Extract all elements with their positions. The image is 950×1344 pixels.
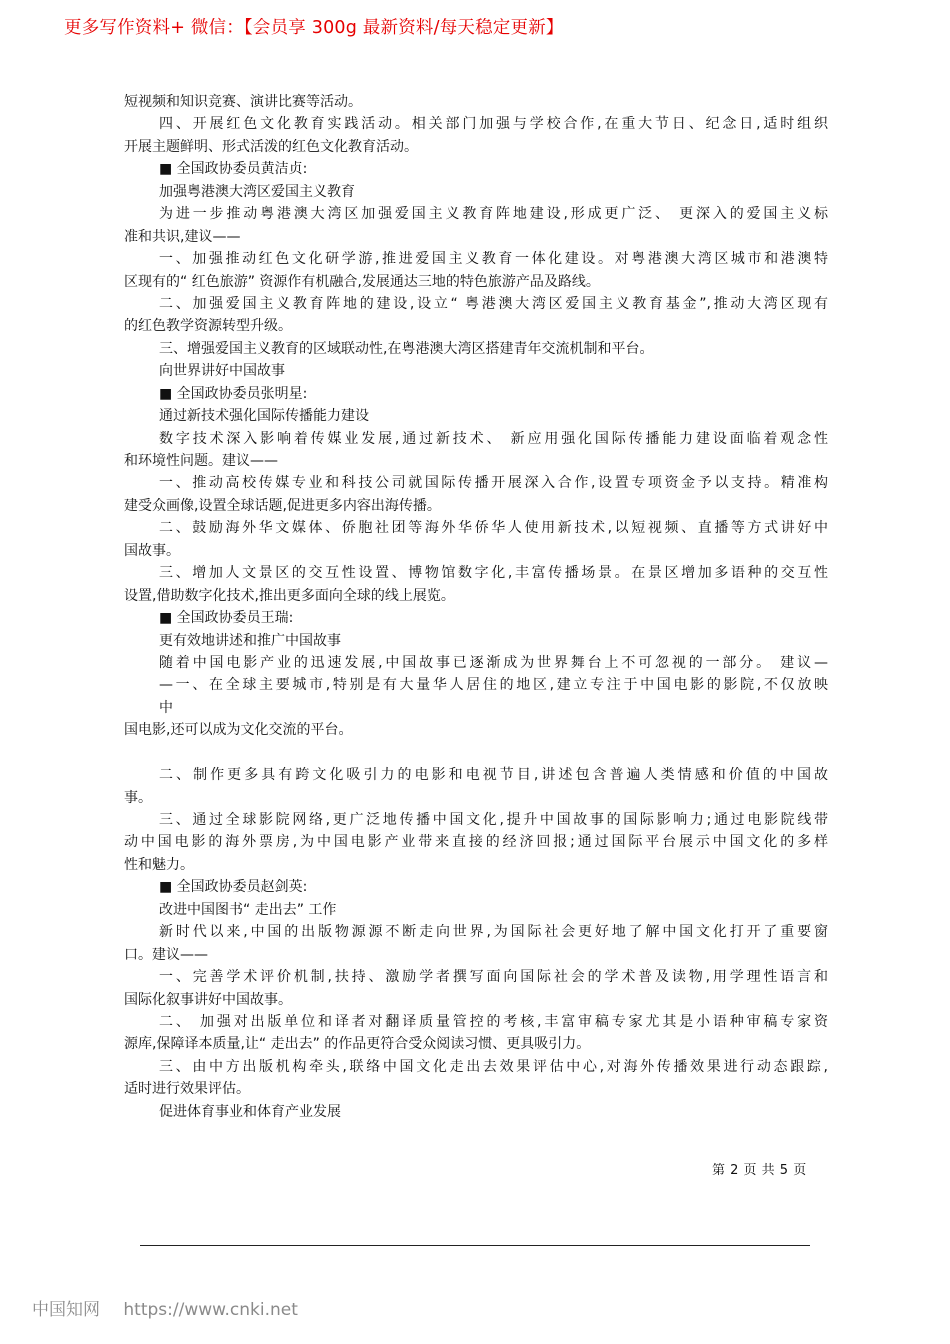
document-line: 为进一步推动粤港澳大湾区加强爱国主义教育阵地建设,形成更广泛、 更深入的爱国主义…: [124, 203, 828, 225]
footer-divider: [140, 1245, 810, 1246]
document-line: 加强粤港澳大湾区爱国主义教育: [124, 181, 828, 203]
document-line: 更有效地讲述和推广中国故事: [124, 630, 828, 652]
document-line: 三、增加人文景区的交互性设置、博物馆数字化,丰富传播场景。在景区增加多语种的交互…: [124, 562, 828, 584]
document-line: 国电影,还可以成为文化交流的平台。: [124, 719, 828, 741]
document-line: ■ 全国政协委员赵剑英:: [124, 876, 828, 898]
document-line: 三、由中方出版机构牵头,联络中国文化走出去效果评估中心,对海外传播效果进行动态跟…: [124, 1056, 828, 1078]
document-line: 促进体育事业和体育产业发展: [124, 1101, 828, 1123]
document-line: 适时进行效果评估。: [124, 1078, 828, 1100]
blank-line: [124, 742, 828, 764]
document-line: 向世界讲好中国故事: [124, 360, 828, 382]
document-body: 短视频和知识竞赛、演讲比赛等活动。四、开展红色文化教育实践活动。相关部门加强与学…: [124, 91, 828, 1123]
page-number: 第 2 页 共 5 页: [712, 1159, 807, 1178]
document-line: ■ 全国政协委员张明星:: [124, 383, 828, 405]
document-line: 的红色教学资源转型升级。: [124, 315, 828, 337]
cnki-watermark: 中国知网 https://www.cnki.net: [32, 1295, 298, 1320]
watermark-brand: 中国知网: [32, 1300, 100, 1320]
document-line: 国际化叙事讲好中国故事。: [124, 989, 828, 1011]
document-line: 短视频和知识竞赛、演讲比赛等活动。: [124, 91, 828, 113]
document-line: 新时代以来,中国的出版物源源不断走向世界,为国际社会更好地了解中国文化打开了重要…: [124, 921, 828, 943]
document-line: 国故事。: [124, 540, 828, 562]
document-line: 区现有的“ 红色旅游” 资源作有机融合,发展通达三地的特色旅游产品及路线。: [124, 271, 828, 293]
document-line: ■ 全国政协委员王瑞:: [124, 607, 828, 629]
document-line: 一、加强推动红色文化研学游,推进爱国主义教育一体化建设。对粤港澳大湾区城市和港澳…: [124, 248, 828, 270]
document-line: 中: [124, 697, 828, 719]
document-line: 源库,保障译本质量,让“ 走出去” 的作品更符合受众阅读习惯、更具吸引力。: [124, 1033, 828, 1055]
document-line: 三、增强爱国主义教育的区域联动性,在粤港澳大湾区搭建青年交流机制和平台。: [124, 338, 828, 360]
promo-banner: 更多写作资料+ 微信：【会员享 300g 最新资料/每天稳定更新】: [64, 14, 564, 39]
document-line: 改进中国图书“ 走出去” 工作: [124, 899, 828, 921]
document-line: 二、 加强对出版单位和译者对翻译质量管控的考核,丰富审稿专家尤其是小语种审稿专家…: [124, 1011, 828, 1033]
document-line: 和环境性问题。建议——: [124, 450, 828, 472]
document-line: 一、完善学术评价机制,扶持、激励学者撰写面向国际社会的学术普及读物,用学理性语言…: [124, 966, 828, 988]
document-line: 性和魅力。: [124, 854, 828, 876]
document-line: 三、通过全球影院网络,更广泛地传播中国文化,提升中国故事的国际影响力;通过电影院…: [124, 809, 828, 831]
watermark-url: https://www.cnki.net: [123, 1300, 297, 1320]
document-line: 随着中国电影产业的迅速发展,中国故事已逐渐成为世界舞台上不可忽视的一部分。 建议…: [124, 652, 828, 674]
document-line: 开展主题鲜明、形式活泼的红色文化教育活动。: [124, 136, 828, 158]
document-line: 一、推动高校传媒专业和科技公司就国际传播开展深入合作,设置专项资金予以支持。精准…: [124, 472, 828, 494]
document-line: 建受众画像,设置全球话题,促进更多内容出海传播。: [124, 495, 828, 517]
document-line: 数字技术深入影响着传媒业发展,通过新技术、 新应用强化国际传播能力建设面临着观念…: [124, 428, 828, 450]
document-line: 二、鼓励海外华文媒体、侨胞社团等海外华侨华人使用新技术,以短视频、直播等方式讲好…: [124, 517, 828, 539]
document-line: 动中国电影的海外票房,为中国电影产业带来直接的经济回报;通过国际平台展示中国文化…: [124, 831, 828, 853]
document-line: 设置,借助数字化技术,推出更多面向全球的线上展览。: [124, 585, 828, 607]
document-line: 二、制作更多具有跨文化吸引力的电影和电视节目,讲述包含普遍人类情感和价值的中国故: [124, 764, 828, 786]
document-line: 口。建议——: [124, 944, 828, 966]
document-line: 准和共识,建议——: [124, 226, 828, 248]
document-line: —一、在全球主要城市,特别是有大量华人居住的地区,建立专注于中国电影的影院,不仅…: [124, 674, 828, 696]
document-line: 四、开展红色文化教育实践活动。相关部门加强与学校合作,在重大节日、纪念日,适时组…: [124, 113, 828, 135]
document-line: ■ 全国政协委员黄洁贞:: [124, 158, 828, 180]
document-line: 二、加强爱国主义教育阵地的建设,设立“ 粤港澳大湾区爱国主义教育基金”,推动大湾…: [124, 293, 828, 315]
document-line: 通过新技术强化国际传播能力建设: [124, 405, 828, 427]
document-line: 事。: [124, 787, 828, 809]
